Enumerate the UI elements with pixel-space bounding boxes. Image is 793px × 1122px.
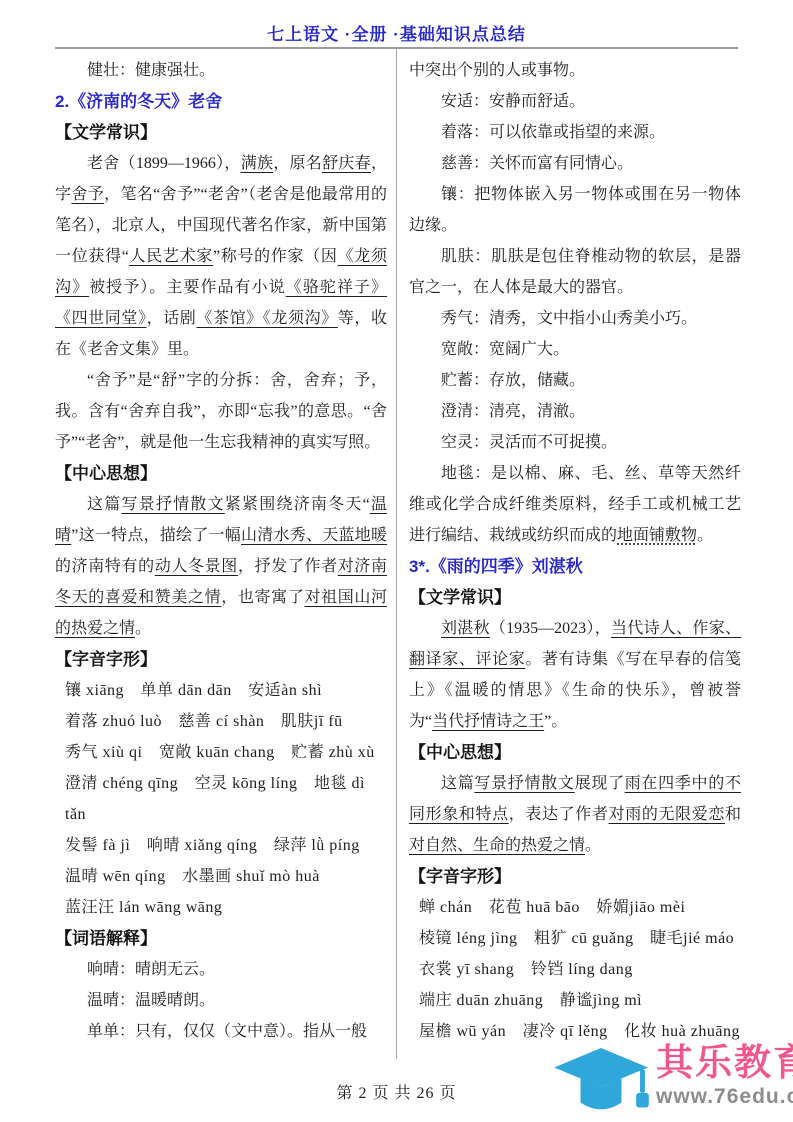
paragraph: 慈善：关怀而富有同情心。	[409, 148, 741, 179]
paragraph: 温晴：温暖晴朗。	[55, 985, 387, 1016]
pinyin-line: 温晴 wēn qíng 水墨画 shuǐ mò huà	[55, 861, 387, 892]
pinyin-line: 着落 zhuó luò 慈善 cí shàn 肌肤jī fū	[55, 706, 387, 737]
paragraph: 秀气：清秀，文中指小山秀美小巧。	[409, 303, 741, 334]
pinyin-line: 镶 xiāng 单单 dān dān 安适àn shì	[55, 675, 387, 706]
lesson-heading: 3*.《雨的四季》刘湛秋	[409, 551, 741, 582]
pinyin-line: 秀气 xiù qi 宽敞 kuān chang 贮蓄 zhù xù	[55, 737, 387, 768]
section-heading: 【字音字形】	[409, 861, 741, 892]
paragraph-continuation: 中突出个别的人或事物。	[409, 55, 741, 86]
paragraph: 地毯：是以棉、麻、毛、丝、草等天然纤维或化学合成纤维类原料，经手工或机械工艺进行…	[409, 458, 741, 551]
paragraph: 健壮：健康强壮。	[55, 55, 387, 86]
paragraph: 着落：可以依靠或指望的来源。	[409, 117, 741, 148]
pinyin-line: 衣裳 yī shang 铃铛 líng dang	[409, 954, 741, 985]
pinyin-line: 蓝汪汪 lán wāng wāng	[55, 892, 387, 923]
paragraph: 空灵：灵活而不可捉摸。	[409, 427, 741, 458]
site-logo: 其乐教育 www.76edu.com	[552, 1042, 793, 1122]
paragraph: “舍予”是“舒”字的分拆：舍，舍弃；予，我。含有“舍弃自我”，亦即“忘我”的意思…	[55, 365, 387, 458]
paragraph: 澄清：清亮，清澈。	[409, 396, 741, 427]
pinyin-line: 蝉 chán 花苞 huā bāo 娇媚jiāo mèi	[409, 892, 741, 923]
pinyin-line: 端庄 duān zhuāng 静谧jìng mì	[409, 985, 741, 1016]
section-heading: 【词语解释】	[55, 923, 387, 954]
section-heading: 【文学常识】	[409, 582, 741, 613]
paragraph: 肌肤：肌肤是包住脊椎动物的软层，是器官之一，在人体是最大的器官。	[409, 241, 741, 303]
paragraph: 安适：安静而舒适。	[409, 86, 741, 117]
logo-text: 其乐教育 www.76edu.com	[656, 1042, 793, 1110]
document-page: 七上语文 ·全册 ·基础知识点总结 健壮：健康强壮。2.《济南的冬天》老舍【文学…	[0, 0, 793, 1122]
logo-name: 其乐教育	[656, 1042, 793, 1084]
lesson-heading: 2.《济南的冬天》老舍	[55, 86, 387, 117]
pinyin-line: 澄清 chéng qīng 空灵 kōng líng 地毯 dì tǎn	[55, 768, 387, 830]
logo-url: www.76edu.com	[656, 1084, 793, 1110]
column-divider	[396, 49, 397, 1059]
paragraph: 老舍（1899—1966），满族，原名舒庆春，字舍予，笔名“舍予”“老舍”（老舍…	[55, 148, 387, 365]
paragraph: 宽敞：宽阔广大。	[409, 334, 741, 365]
graduation-cap-icon	[552, 1046, 650, 1122]
paragraph: 响晴：晴朗无云。	[55, 954, 387, 985]
section-heading: 【中心思想】	[55, 458, 387, 489]
paragraph: 这篇写景抒情散文紧紧围绕济南冬天“温晴”这一特点，描绘了一幅山清水秀、天蓝地暖的…	[55, 489, 387, 644]
column-left: 健壮：健康强壮。2.《济南的冬天》老舍【文学常识】老舍（1899—1966），满…	[55, 55, 387, 1047]
paragraph: 贮蓄：存放，储藏。	[409, 365, 741, 396]
paragraph: 单单：只有，仅仅（文中意）。指从一般	[55, 1016, 387, 1047]
paragraph: 镶：把物体嵌入另一物体或围在另一物体边缘。	[409, 179, 741, 241]
section-heading: 【中心思想】	[409, 737, 741, 768]
paragraph: 刘湛秋（1935—2023），当代诗人、作家、翻译家、评论家。著有诗集《写在早春…	[409, 613, 741, 737]
section-heading: 【文学常识】	[55, 117, 387, 148]
paragraph: 这篇写景抒情散文展现了雨在四季中的不同形象和特点，表达了作者对雨的无限爱恋和对自…	[409, 768, 741, 861]
pinyin-line: 发髻 fà jì 响晴 xiǎng qíng 绿萍 lǜ píng	[55, 830, 387, 861]
section-heading: 【字音字形】	[55, 644, 387, 675]
header-title: 七上语文 ·全册 ·基础知识点总结	[0, 20, 793, 45]
column-right: 中突出个别的人或事物。安适：安静而舒适。着落：可以依靠或指望的来源。慈善：关怀而…	[409, 55, 741, 1047]
pinyin-line: 棱镜 léng jìng 粗犷 cū guǎng 睫毛jié máo	[409, 923, 741, 954]
